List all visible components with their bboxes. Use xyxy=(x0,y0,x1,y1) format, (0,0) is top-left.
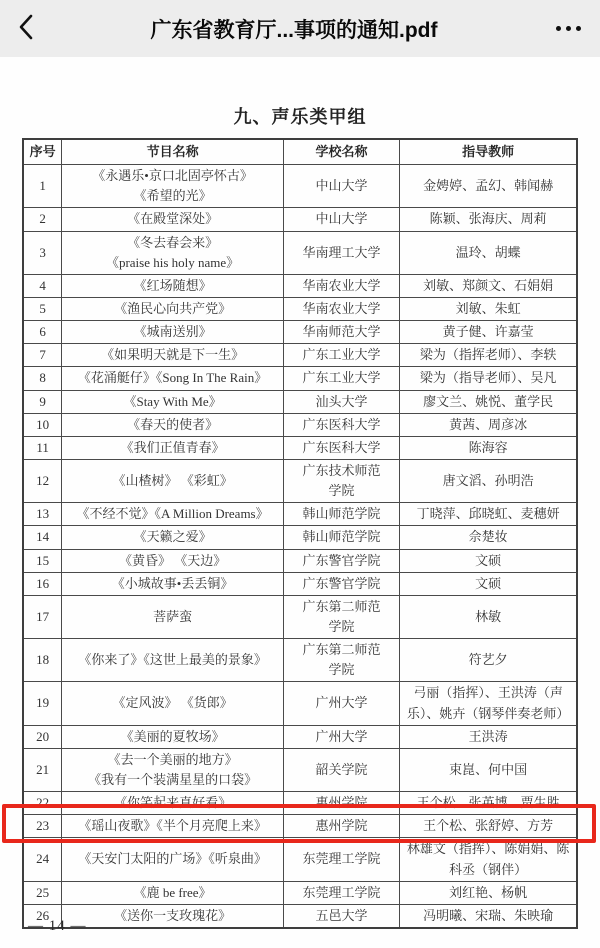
navbar: 广东省教育厅...事项的通知.pdf xyxy=(0,0,600,57)
cell-no: 24 xyxy=(23,838,62,881)
cell-program: 《冬去春会来》 《praise his holy name》 xyxy=(62,231,284,274)
pdf-viewer-page: 广东省教育厅...事项的通知.pdf 九、声乐类甲组 序号 节目名称 学校名称 … xyxy=(0,0,600,948)
cell-teachers: 黄子健、许嘉莹 xyxy=(400,321,577,344)
cell-teachers: 梁为（指导老师）、吴凡 xyxy=(400,367,577,390)
cell-teachers: 刘红艳、杨帆 xyxy=(400,881,577,904)
table-row: 8 《花涌艇仔》《Song In The Rain》 广东工业大学 梁为（指导老… xyxy=(23,367,577,390)
table-row: 26 《送你一支玫瑰花》 五邑大学 冯明曦、宋瑞、朱映瑜 xyxy=(23,904,577,928)
cell-school: 广东工业大学 xyxy=(283,367,399,390)
cell-teachers: 丁晓萍、邱晓虹、麦穗妍 xyxy=(400,503,577,526)
table-row: 12 《山楂树》 《彩虹》 广东技术师范 学院 唐文滔、孙明浩 xyxy=(23,459,577,502)
table-row: 7 《如果明天就是下一生》 广东工业大学 梁为（指挥老师）、李轶 xyxy=(23,344,577,367)
cell-teachers: 林敏 xyxy=(400,595,577,638)
table-row: 14 《天籁之爱》 韩山师范学院 佘楚妆 xyxy=(23,526,577,549)
cell-program: 《你笑起来真好看》 xyxy=(62,792,284,815)
cell-school: 广东第二师范 学院 xyxy=(283,595,399,638)
cell-program: 《春天的使者》 xyxy=(62,413,284,436)
page-number: — 14 — xyxy=(28,918,87,935)
cell-teachers: 唐文滔、孙明浩 xyxy=(400,459,577,502)
cell-no: 11 xyxy=(23,436,62,459)
cell-school: 广东警官学院 xyxy=(283,572,399,595)
cell-teachers: 陈海容 xyxy=(400,436,577,459)
table-row: 21 《去一个美丽的地方》 《我有一个装满星星的口袋》 韶关学院 束崑、何中国 xyxy=(23,748,577,791)
cell-school: 广州大学 xyxy=(283,682,399,725)
cell-teachers: 文硕 xyxy=(400,572,577,595)
column-header-no: 序号 xyxy=(23,139,62,165)
cell-program: 《Stay With Me》 xyxy=(62,390,284,413)
cell-school: 广东警官学院 xyxy=(283,549,399,572)
cell-program: 《城南送别》 xyxy=(62,321,284,344)
cell-program: 《山楂树》 《彩虹》 xyxy=(62,459,284,502)
table-row: 10 《春天的使者》 广东医科大学 黄茜、周彦冰 xyxy=(23,413,577,436)
ellipsis-icon xyxy=(556,26,561,31)
cell-program: 《你来了》《这世上最美的景象》 xyxy=(62,639,284,682)
cell-school: 东莞理工学院 xyxy=(283,881,399,904)
table-row: 3 《冬去春会来》 《praise his holy name》 华南理工大学 … xyxy=(23,231,577,274)
cell-school: 汕头大学 xyxy=(283,390,399,413)
more-menu-button[interactable] xyxy=(536,0,600,57)
results-table: 序号 节目名称 学校名称 指导教师 1 《永遇乐•京口北固亭怀古》 《希望的光》… xyxy=(22,138,578,929)
column-header-program: 节目名称 xyxy=(62,139,284,165)
cell-school: 中山大学 xyxy=(283,165,399,208)
cell-program: 《在殿堂深处》 xyxy=(62,208,284,231)
cell-school: 华南农业大学 xyxy=(283,297,399,320)
cell-program: 《去一个美丽的地方》 《我有一个装满星星的口袋》 xyxy=(62,748,284,791)
section-title: 九、声乐类甲组 xyxy=(0,103,600,129)
cell-no: 18 xyxy=(23,639,62,682)
table-row: 9 《Stay With Me》 汕头大学 廖文兰、姚悦、董学民 xyxy=(23,390,577,413)
table-row: 24 《天安门太阳的广场》《听泉曲》 东莞理工学院 林雄文（指挥）、陈娟娟、陈科… xyxy=(23,838,577,881)
cell-no: 13 xyxy=(23,503,62,526)
cell-teachers: 刘敏、朱虹 xyxy=(400,297,577,320)
cell-teachers: 陈颖、张海庆、周莉 xyxy=(400,208,577,231)
column-header-teachers: 指导教师 xyxy=(400,139,577,165)
cell-program: 《我们正值青春》 xyxy=(62,436,284,459)
cell-school: 五邑大学 xyxy=(283,904,399,928)
cell-program: 《天安门太阳的广场》《听泉曲》 xyxy=(62,838,284,881)
cell-teachers: 王个松、张英博、贾生胜 xyxy=(400,792,577,815)
cell-school: 惠州学院 xyxy=(283,815,399,838)
cell-teachers: 佘楚妆 xyxy=(400,526,577,549)
cell-school: 韩山师范学院 xyxy=(283,503,399,526)
cell-program: 《红场随想》 xyxy=(62,274,284,297)
table-row: 13 《不经不觉》《A Million Dreams》 韩山师范学院 丁晓萍、邱… xyxy=(23,503,577,526)
cell-school: 广东技术师范 学院 xyxy=(283,459,399,502)
ellipsis-icon xyxy=(576,26,581,31)
cell-no: 1 xyxy=(23,165,62,208)
chevron-left-icon xyxy=(15,12,37,45)
cell-teachers: 温玲、胡蝶 xyxy=(400,231,577,274)
cell-teachers: 黄茜、周彦冰 xyxy=(400,413,577,436)
cell-program: 《花涌艇仔》《Song In The Rain》 xyxy=(62,367,284,390)
cell-school: 华南农业大学 xyxy=(283,274,399,297)
cell-no: 17 xyxy=(23,595,62,638)
cell-school: 韶关学院 xyxy=(283,748,399,791)
cell-no: 3 xyxy=(23,231,62,274)
cell-school: 中山大学 xyxy=(283,208,399,231)
cell-school: 广东医科大学 xyxy=(283,413,399,436)
cell-no: 23 xyxy=(23,815,62,838)
document-title: 广东省教育厅...事项的通知.pdf xyxy=(52,14,536,44)
cell-teachers: 王个松、张舒婷、方芳 xyxy=(400,815,577,838)
cell-school: 广东医科大学 xyxy=(283,436,399,459)
cell-program: 《定风波》 《货郎》 xyxy=(62,682,284,725)
cell-no: 20 xyxy=(23,725,62,748)
cell-no: 4 xyxy=(23,274,62,297)
table-row: 11 《我们正值青春》 广东医科大学 陈海容 xyxy=(23,436,577,459)
back-button[interactable] xyxy=(0,0,52,57)
cell-no: 25 xyxy=(23,881,62,904)
cell-program: 《天籁之爱》 xyxy=(62,526,284,549)
cell-no: 12 xyxy=(23,459,62,502)
cell-program: 《永遇乐•京口北固亭怀古》 《希望的光》 xyxy=(62,165,284,208)
cell-school: 广东第二师范 学院 xyxy=(283,639,399,682)
cell-program: 《小城故事•丢丢铜》 xyxy=(62,572,284,595)
table-row: 17 菩萨蛮 广东第二师范 学院 林敏 xyxy=(23,595,577,638)
table-row: 1 《永遇乐•京口北固亭怀古》 《希望的光》 中山大学 金娉婷、孟幻、韩闻赫 xyxy=(23,165,577,208)
cell-program: 菩萨蛮 xyxy=(62,595,284,638)
cell-teachers: 廖文兰、姚悦、董学民 xyxy=(400,390,577,413)
cell-program: 《鹿 be free》 xyxy=(62,881,284,904)
cell-no: 7 xyxy=(23,344,62,367)
cell-no: 5 xyxy=(23,297,62,320)
cell-teachers: 林雄文（指挥）、陈娟娟、陈科丞（钢伴） xyxy=(400,838,577,881)
cell-program: 《黄昏》 《天边》 xyxy=(62,549,284,572)
table-row: 22 《你笑起来真好看》 惠州学院 王个松、张英博、贾生胜 xyxy=(23,792,577,815)
cell-no: 2 xyxy=(23,208,62,231)
column-header-school: 学校名称 xyxy=(283,139,399,165)
cell-school: 广州大学 xyxy=(283,725,399,748)
cell-teachers: 束崑、何中国 xyxy=(400,748,577,791)
cell-teachers: 刘敏、郑颜文、石娟娟 xyxy=(400,274,577,297)
table-header-row: 序号 节目名称 学校名称 指导教师 xyxy=(23,139,577,165)
cell-program: 《渔民心向共产党》 xyxy=(62,297,284,320)
cell-no: 19 xyxy=(23,682,62,725)
document-page: 九、声乐类甲组 序号 节目名称 学校名称 指导教师 1 《永遇乐•京口北固亭怀古… xyxy=(0,57,600,948)
cell-teachers: 弓丽（指挥）、王洪涛（声乐）、姚卉（钢琴伴奏老师） xyxy=(400,682,577,725)
table-row: 15 《黄昏》 《天边》 广东警官学院 文硕 xyxy=(23,549,577,572)
cell-no: 8 xyxy=(23,367,62,390)
table-row: 18 《你来了》《这世上最美的景象》 广东第二师范 学院 符艺夕 xyxy=(23,639,577,682)
cell-school: 华南理工大学 xyxy=(283,231,399,274)
table-row: 16 《小城故事•丢丢铜》 广东警官学院 文硕 xyxy=(23,572,577,595)
cell-teachers: 文硕 xyxy=(400,549,577,572)
cell-program: 《如果明天就是下一生》 xyxy=(62,344,284,367)
table-row: 20 《美丽的夏牧场》 广州大学 王洪涛 xyxy=(23,725,577,748)
cell-school: 惠州学院 xyxy=(283,792,399,815)
table-row: 23 《瑶山夜歌》《半个月亮爬上来》 惠州学院 王个松、张舒婷、方芳 xyxy=(23,815,577,838)
cell-no: 22 xyxy=(23,792,62,815)
cell-no: 10 xyxy=(23,413,62,436)
cell-teachers: 王洪涛 xyxy=(400,725,577,748)
cell-no: 16 xyxy=(23,572,62,595)
cell-program: 《瑶山夜歌》《半个月亮爬上来》 xyxy=(62,815,284,838)
cell-school: 华南师范大学 xyxy=(283,321,399,344)
table-row: 5 《渔民心向共产党》 华南农业大学 刘敏、朱虹 xyxy=(23,297,577,320)
cell-teachers: 符艺夕 xyxy=(400,639,577,682)
cell-no: 21 xyxy=(23,748,62,791)
cell-program: 《不经不觉》《A Million Dreams》 xyxy=(62,503,284,526)
table-row: 19 《定风波》 《货郎》 广州大学 弓丽（指挥）、王洪涛（声乐）、姚卉（钢琴伴… xyxy=(23,682,577,725)
cell-school: 韩山师范学院 xyxy=(283,526,399,549)
cell-teachers: 金娉婷、孟幻、韩闻赫 xyxy=(400,165,577,208)
table-row: 25 《鹿 be free》 东莞理工学院 刘红艳、杨帆 xyxy=(23,881,577,904)
cell-school: 东莞理工学院 xyxy=(283,838,399,881)
cell-teachers: 梁为（指挥老师）、李轶 xyxy=(400,344,577,367)
table-row: 4 《红场随想》 华南农业大学 刘敏、郑颜文、石娟娟 xyxy=(23,274,577,297)
cell-no: 9 xyxy=(23,390,62,413)
cell-no: 15 xyxy=(23,549,62,572)
table-row: 2 《在殿堂深处》 中山大学 陈颖、张海庆、周莉 xyxy=(23,208,577,231)
cell-program: 《送你一支玫瑰花》 xyxy=(62,904,284,928)
ellipsis-icon xyxy=(566,26,571,31)
cell-no: 6 xyxy=(23,321,62,344)
cell-no: 14 xyxy=(23,526,62,549)
table-row: 6 《城南送别》 华南师范大学 黄子健、许嘉莹 xyxy=(23,321,577,344)
cell-program: 《美丽的夏牧场》 xyxy=(62,725,284,748)
cell-teachers: 冯明曦、宋瑞、朱映瑜 xyxy=(400,904,577,928)
cell-school: 广东工业大学 xyxy=(283,344,399,367)
